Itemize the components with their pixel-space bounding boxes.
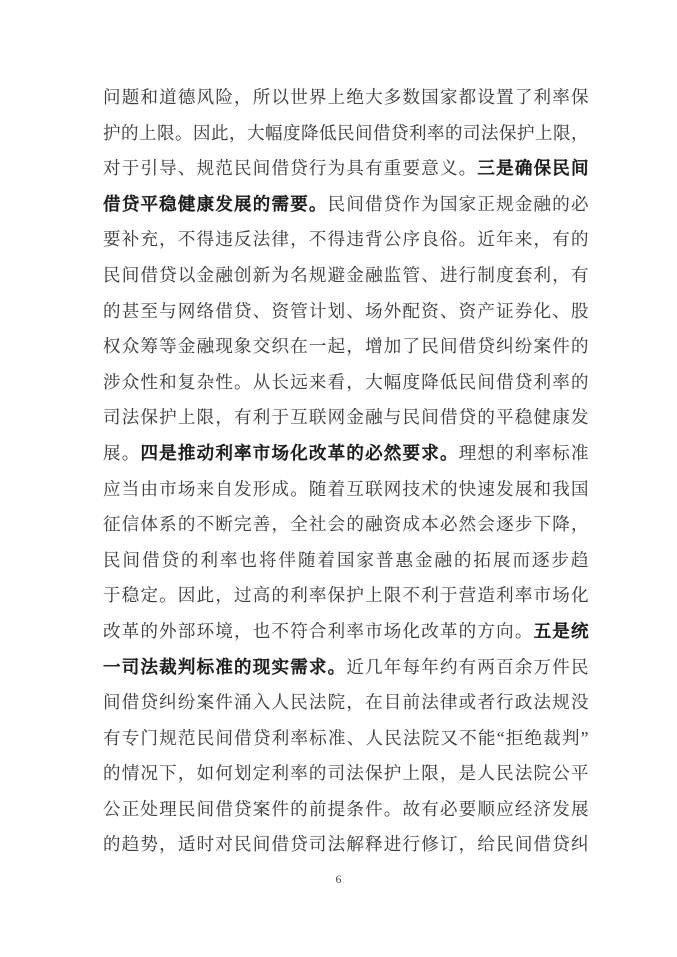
text-segment: 问题和道德风险，所以世界上绝大多数国家都设置了利率保 (103, 87, 589, 107)
text-line-1: 问题和道德风险，所以世界上绝大多数国家都设置了利率保 (103, 80, 589, 116)
text-segment: 的情况下，如何划定利率的司法保护上限，是人民法院公平 (103, 763, 589, 783)
bold-heading-segment: 借贷平稳健康发展的需要。 (103, 194, 328, 214)
text-line-7: 的甚至与网络借贷、资管计划、场外配资、资产证券化、股 (103, 294, 589, 330)
text-segment: 近几年每年约有两百余万件民 (346, 657, 589, 677)
text-line-13: 征信体系的不断完善，全社会的融资成本必然会逐步下降， (103, 507, 589, 543)
text-line-21: 公正处理民间借贷案件的前提条件。故有必要顺应经济发展 (103, 792, 589, 828)
bold-heading-segment: 四是推动利率市场化改革的必然要求。 (140, 443, 458, 463)
text-segment: 理想的利率标准 (459, 443, 589, 463)
text-line-12: 应当由市场来自发形成。随着互联网技术的快速发展和我国 (103, 472, 589, 508)
text-segment: 公正处理民间借贷案件的前提条件。故有必要顺应经济发展 (103, 799, 589, 819)
text-segment: 要补充，不得违反法律，不得违背公序良俗。近年来，有的 (103, 229, 589, 249)
text-line-10: 司法保护上限，有利于互联网金融与民间借贷的平稳健康发 (103, 400, 589, 436)
text-line-11: 展。四是推动利率市场化改革的必然要求。理想的利率标准 (103, 436, 589, 472)
text-segment: 展。 (103, 443, 140, 463)
text-line-18: 间借贷纠纷案件涌入人民法院，在目前法律或者行政法规没 (103, 685, 589, 721)
text-segment: 的甚至与网络借贷、资管计划、场外配资、资产证券化、股 (103, 301, 589, 321)
text-segment: 改革的外部环境，也不符合利率市场化改革的方向。 (103, 621, 534, 641)
text-segment: 司法保护上限，有利于互联网金融与民间借贷的平稳健康发 (103, 407, 589, 427)
text-line-22: 的趋势，适时对民间借贷司法解释进行修订，给民间借贷纠 (103, 827, 589, 863)
text-segment: 征信体系的不断完善，全社会的融资成本必然会逐步下降， (103, 514, 589, 534)
page-number: 6 (0, 870, 677, 888)
bold-heading-segment: 三是确保民间 (477, 158, 589, 178)
text-line-20: 的情况下，如何划定利率的司法保护上限，是人民法院公平 (103, 756, 589, 792)
text-line-16: 改革的外部环境，也不符合利率市场化改革的方向。五是统 (103, 614, 589, 650)
text-line-4: 借贷平稳健康发展的需要。民间借贷作为国家正规金融的必 (103, 187, 589, 223)
text-line-2: 护的上限。因此，大幅度降低民间借贷利率的司法保护上限， (103, 116, 589, 152)
text-line-3: 对于引导、规范民间借贷行为具有重要意义。三是确保民间 (103, 151, 589, 187)
text-segment: 护的上限。因此，大幅度降低民间借贷利率的司法保护上限， (103, 123, 589, 143)
text-segment: 权众筹等金融现象交织在一起，增加了民间借贷纠纷案件的 (103, 336, 589, 356)
text-segment: 民间借贷作为国家正规金融的必 (328, 194, 589, 214)
text-line-17: 一司法裁判标准的现实需求。近几年每年约有两百余万件民 (103, 650, 589, 686)
text-line-14: 民间借贷的利率也将伴随着国家普惠金融的拓展而逐步趋 (103, 543, 589, 579)
document-page: 问题和道德风险，所以世界上绝大多数国家都设置了利率保护的上限。因此，大幅度降低民… (0, 0, 677, 957)
bold-heading-segment: 五是统 (534, 621, 589, 641)
text-segment: 的趋势，适时对民间借贷司法解释进行修订，给民间借贷纠 (103, 834, 589, 854)
text-segment: 对于引导、规范民间借贷行为具有重要意义。 (103, 158, 477, 178)
text-segment: 有专门规范民间借贷利率标准、人民法院又不能“拒绝裁判” (103, 728, 589, 748)
text-segment: 涉众性和复杂性。从长远来看，大幅度降低民间借贷利率的 (103, 372, 589, 392)
text-line-9: 涉众性和复杂性。从长远来看，大幅度降低民间借贷利率的 (103, 365, 589, 401)
text-line-19: 有专门规范民间借贷利率标准、人民法院又不能“拒绝裁判” (103, 721, 589, 757)
text-segment: 间借贷纠纷案件涌入人民法院，在目前法律或者行政法规没 (103, 692, 589, 712)
text-line-5: 要补充，不得违反法律，不得违背公序良俗。近年来，有的 (103, 222, 589, 258)
text-line-6: 民间借贷以金融创新为名规避金融监管、进行制度套利，有 (103, 258, 589, 294)
document-text-block: 问题和道德风险，所以世界上绝大多数国家都设置了利率保护的上限。因此，大幅度降低民… (103, 80, 589, 863)
text-line-15: 于稳定。因此，过高的利率保护上限不利于营造利率市场化 (103, 578, 589, 614)
text-segment: 应当由市场来自发形成。随着互联网技术的快速发展和我国 (103, 479, 589, 499)
text-segment: 民间借贷以金融创新为名规避金融监管、进行制度套利，有 (103, 265, 589, 285)
text-segment: 于稳定。因此，过高的利率保护上限不利于营造利率市场化 (103, 585, 589, 605)
text-segment: 民间借贷的利率也将伴随着国家普惠金融的拓展而逐步趋 (103, 550, 589, 570)
text-line-8: 权众筹等金融现象交织在一起，增加了民间借贷纠纷案件的 (103, 329, 589, 365)
bold-heading-segment: 一司法裁判标准的现实需求。 (103, 657, 346, 677)
